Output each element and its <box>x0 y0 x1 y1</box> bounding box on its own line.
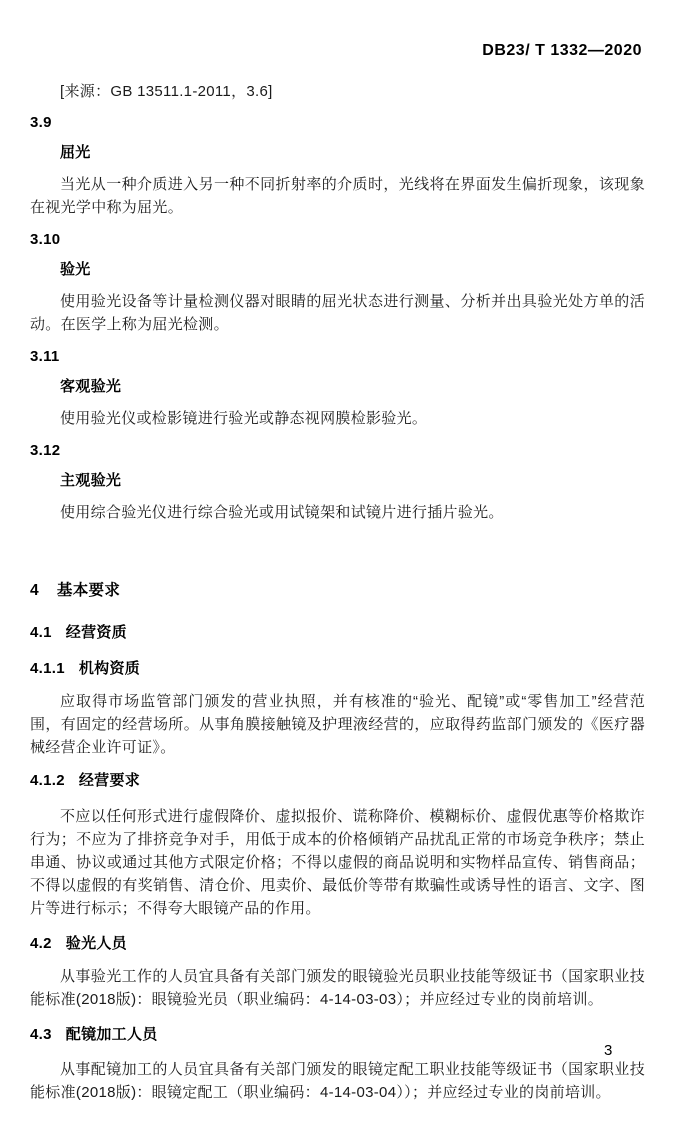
term-definition: 使用验光设备等计量检测仪器对眼睛的屈光状态进行测量、分析并出具验光处方单的活动。… <box>30 290 645 336</box>
clause-number: 4.3 <box>30 1026 52 1043</box>
term-number: 3.11 <box>30 345 645 368</box>
term-number: 3.10 <box>30 228 645 251</box>
document-page: DB23/ T 1332—2020 [来源：GB 13511.1-2011，3.… <box>0 0 700 1130</box>
term-title: 客观验光 <box>30 375 645 398</box>
clause-heading: 4.1经营资质 <box>30 621 645 644</box>
clause-title: 验光人员 <box>66 935 127 952</box>
source-note: [来源：GB 13511.1-2011，3.6] <box>30 80 645 103</box>
clause-heading: 4.1.1机构资质 <box>30 657 645 680</box>
clause-number: 4.1.1 <box>30 660 65 677</box>
chapter-number: 4 <box>30 582 39 599</box>
page-number: 3 <box>604 1042 612 1059</box>
clause-heading: 4.3配镜加工人员 <box>30 1023 645 1046</box>
term-number: 3.9 <box>30 111 645 134</box>
clause-number: 4.2 <box>30 935 52 952</box>
clause-heading: 4.1.2经营要求 <box>30 769 645 792</box>
term-title: 屈光 <box>30 141 645 164</box>
chapter-gap <box>30 533 645 579</box>
term-definition: 使用验光仪或检影镜进行验光或静态视网膜检影验光。 <box>30 407 645 430</box>
standard-code-header: DB23/ T 1332—2020 <box>482 42 642 60</box>
clause-number: 4.1.2 <box>30 772 65 789</box>
clause-number: 4.1 <box>30 624 52 641</box>
term-definition: 当光从一种介质进入另一种不同折射率的介质时，光线将在界面发生偏折现象，该现象在视… <box>30 173 645 219</box>
term-definition: 使用综合验光仪进行综合验光或用试镜架和试镜片进行插片验光。 <box>30 501 645 524</box>
clause-body: 不应以任何形式进行虚假降价、虚拟报价、谎称降价、模糊标价、虚假优惠等价格欺诈行为… <box>30 805 645 920</box>
term-title: 验光 <box>30 258 645 281</box>
clause-body: 从事验光工作的人员宜具备有关部门颁发的眼镜验光员职业技能等级证书（国家职业技能标… <box>30 965 645 1011</box>
clause-title: 配镜加工人员 <box>66 1026 158 1043</box>
clause-heading: 4.2验光人员 <box>30 932 645 955</box>
clause-title: 经营要求 <box>79 772 140 789</box>
clause-title: 机构资质 <box>79 660 140 677</box>
clause-body: 应取得市场监管部门颁发的营业执照，并有核准的“验光、配镜”或“零售加工”经营范围… <box>30 690 645 759</box>
chapter-title: 基本要求 <box>57 582 120 599</box>
term-title: 主观验光 <box>30 469 645 492</box>
clause-body: 从事配镜加工的人员宜具备有关部门颁发的眼镜定配工职业技能等级证书（国家职业技能标… <box>30 1058 645 1104</box>
document-content: [来源：GB 13511.1-2011，3.6] 3.9 屈光 当光从一种介质进… <box>30 80 645 1113</box>
clause-title: 经营资质 <box>66 624 127 641</box>
term-number: 3.12 <box>30 439 645 462</box>
chapter-heading: 4基本要求 <box>30 579 645 602</box>
